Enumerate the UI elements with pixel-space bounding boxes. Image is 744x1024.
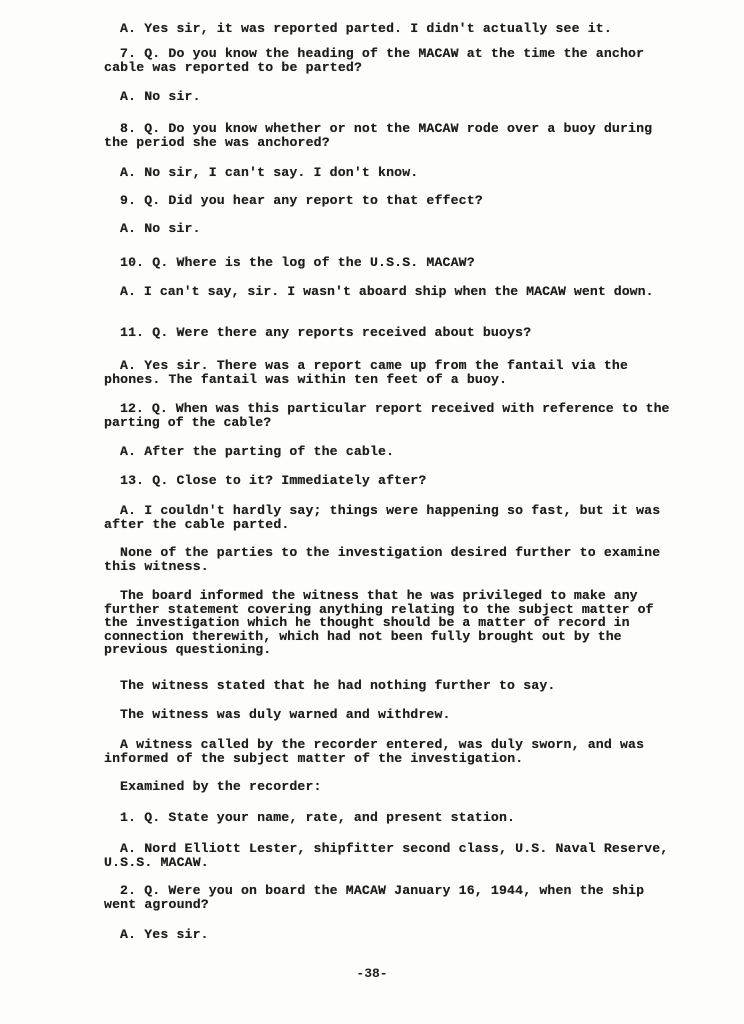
question-11: 11. Q. Were there any reports received a… [104,326,674,340]
statement-paragraph: The witness stated that he had nothing f… [104,679,674,693]
answer-paragraph: A. Yes sir. [104,928,674,942]
question-10: 10. Q. Where is the log of the U.S.S. MA… [104,256,674,270]
statement-paragraph: A witness called by the recorder entered… [104,738,674,765]
answer-paragraph: A. No sir, I can't say. I don't know. [104,166,674,180]
page-number: -38- [0,966,744,981]
question-9: 9. Q. Did you hear any report to that ef… [104,194,674,208]
question-7: 7. Q. Do you know the heading of the MAC… [104,47,674,74]
question-13: 13. Q. Close to it? Immediately after? [104,474,674,488]
question-2: 2. Q. Were you on board the MACAW Januar… [104,884,674,911]
statement-paragraph: None of the parties to the investigation… [104,546,674,573]
answer-paragraph: A. Yes sir, it was reported parted. I di… [104,22,674,36]
answer-paragraph: A. I couldn't hardly say; things were ha… [104,504,674,531]
answer-paragraph: A. After the parting of the cable. [104,445,674,459]
statement-paragraph: The witness was duly warned and withdrew… [104,708,674,722]
answer-paragraph: A. No sir. [104,90,674,104]
answer-paragraph: A. Yes sir. There was a report came up f… [104,359,674,386]
question-1: 1. Q. State your name, rate, and present… [104,811,674,825]
question-8: 8. Q. Do you know whether or not the MAC… [104,122,674,149]
section-heading: Examined by the recorder: [104,780,674,794]
question-12: 12. Q. When was this particular report r… [104,402,674,429]
document-page: A. Yes sir, it was reported parted. I di… [0,0,744,1024]
answer-paragraph: A. No sir. [104,222,674,236]
statement-paragraph: The board informed the witness that he w… [104,589,674,657]
answer-paragraph: A. I can't say, sir. I wasn't aboard shi… [104,285,674,299]
answer-paragraph: A. Nord Elliott Lester, shipfitter secon… [104,842,674,869]
